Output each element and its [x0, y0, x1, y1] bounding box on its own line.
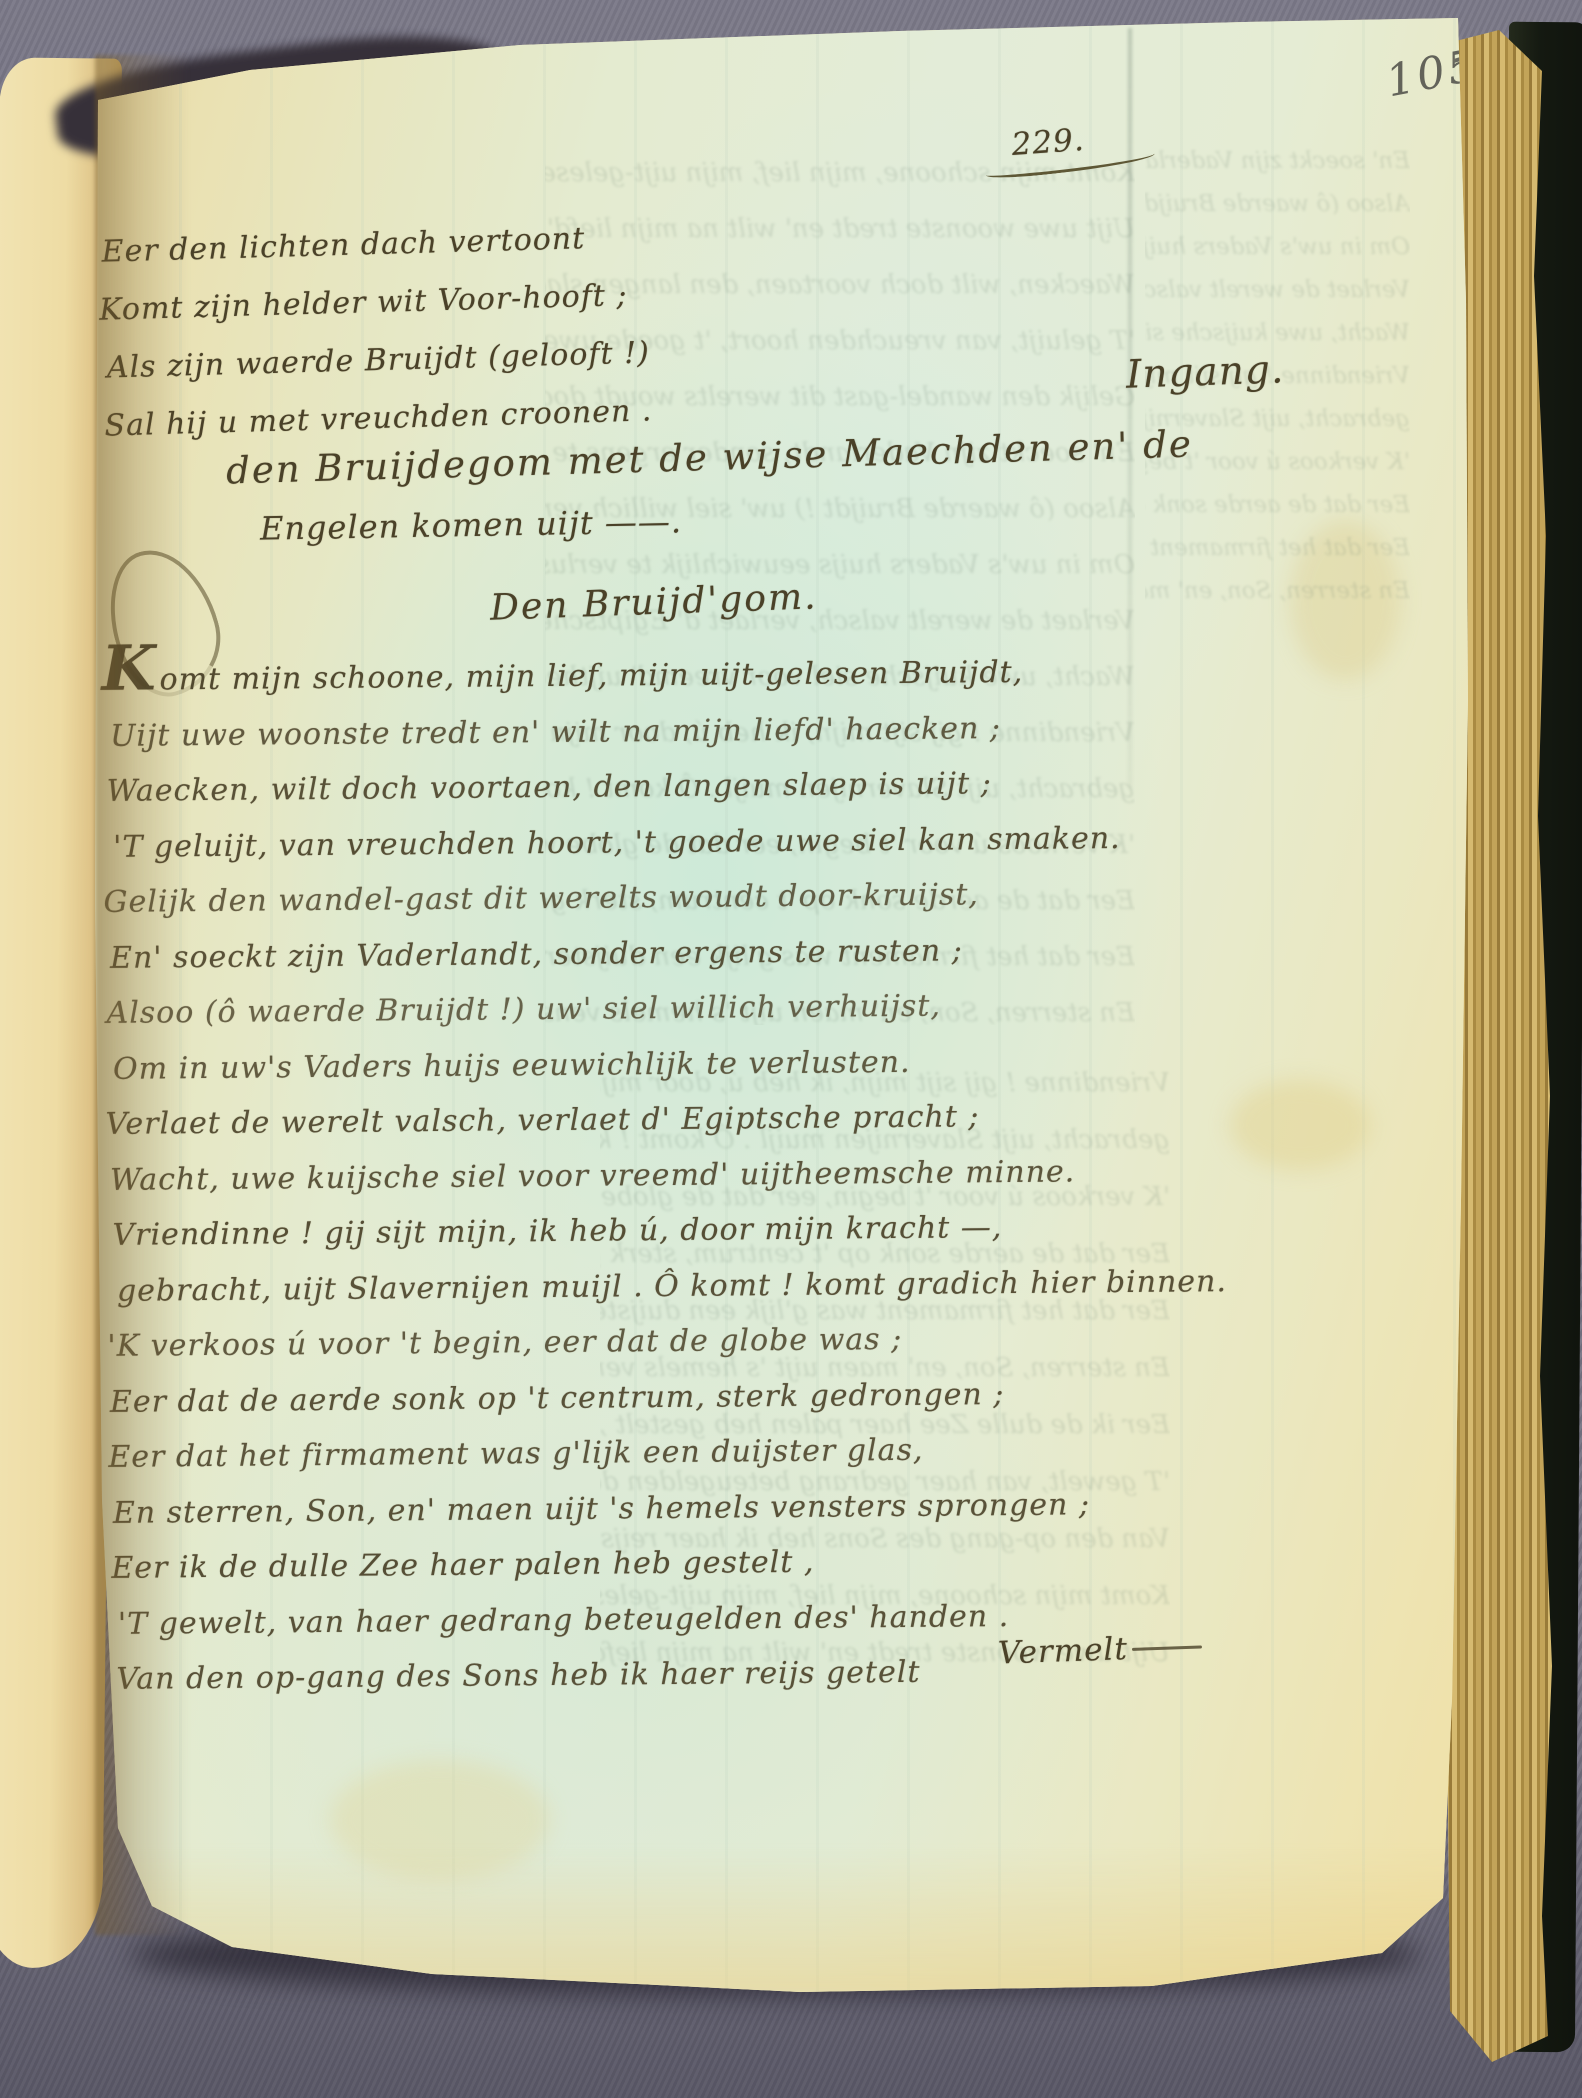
show-through-line: Om in uw's Vaders huijs eeuwichlijk te v… [1145, 226, 1410, 269]
paper-stain [330, 1760, 550, 1880]
catchword: Vermelt [997, 1628, 1202, 1671]
poem-line: Verlaet de werelt valsch, verlaet d' Egi… [105, 1087, 1225, 1152]
stage-direction-line2: Engelen komen uijt ——. [260, 502, 683, 547]
poem-line: Eer ik de dulle Zee haer palen heb geste… [111, 1531, 1229, 1596]
poem-line: Eer dat de aerde sonk op 't centrum, ste… [110, 1365, 1228, 1430]
poem-line: Waecken, wilt doch voortaen, den langen … [106, 754, 1222, 819]
poem-line: Om in uw's Vaders huijs eeuwichlijk te v… [113, 1032, 1225, 1097]
poem-line: Wacht, uwe kuijsche siel voor vreemd' ui… [110, 1143, 1226, 1208]
poem-line: Komt mijn schoone, mijn lief, mijn uijt-… [101, 643, 1221, 708]
page-number-ink: 229. [1010, 117, 1155, 176]
poem-line: Vriendinne ! gij sijt mijn, ik heb ú, do… [112, 1198, 1226, 1263]
paper-stain [1230, 1080, 1370, 1170]
show-through-line: En' soeckt zijn Vaderlandt, sonder ergen… [1145, 140, 1410, 183]
stage-direction-right: Ingang. [1125, 347, 1285, 397]
poem-line: 'T geluijt, van vreuchden hoort, 't goed… [113, 810, 1223, 875]
show-through-line: Eer dat de aerde sonk op 't centrum, ste… [1145, 484, 1410, 527]
poem-line: gebracht, uijt Slavernijen muijl . Ô kom… [117, 1254, 1227, 1319]
poem-line: Eer dat het firmament was g'lijk een dui… [108, 1420, 1228, 1485]
poem-line: En' soeckt zijn Vaderlandt, sonder ergen… [110, 921, 1224, 986]
manuscript-page: Komt mijn schoone, mijn lief, mijn uijt-… [0, 0, 1582, 2098]
photograph-background: Komt mijn schoone, mijn lief, mijn uijt-… [0, 0, 1582, 2098]
catchword-text: Vermelt [997, 1631, 1128, 1672]
gutter-shadow [95, 55, 190, 1935]
show-through-line: Alsoo (ô waerde Bruijdt !) uw' siel will… [1145, 183, 1410, 226]
poem-line: Gelijk den wandel-gast dit werelts woudt… [103, 865, 1223, 930]
pen-tail-stroke [1132, 1645, 1202, 1650]
show-through-line: Verlaet de werelt valsch, verlaet d' Egi… [1145, 269, 1410, 312]
poem-block: Komt mijn schoone, mijn lief, mijn uijt-… [101, 643, 1230, 1707]
paper-stain [1290, 520, 1400, 680]
speaker-heading: Den Bruijd'gom. [489, 576, 818, 628]
poem-line: En sterren, Son, en' maen uijt 's hemels… [113, 1476, 1229, 1541]
poem-line: Uijt uwe woonste tredt en' wilt na mijn … [110, 699, 1222, 764]
poem-line: Alsoo (ô waerde Bruijdt !) uw' siel will… [106, 976, 1224, 1041]
poem-line: 'K verkoos ú voor 't begin, eer dat de g… [107, 1309, 1227, 1374]
